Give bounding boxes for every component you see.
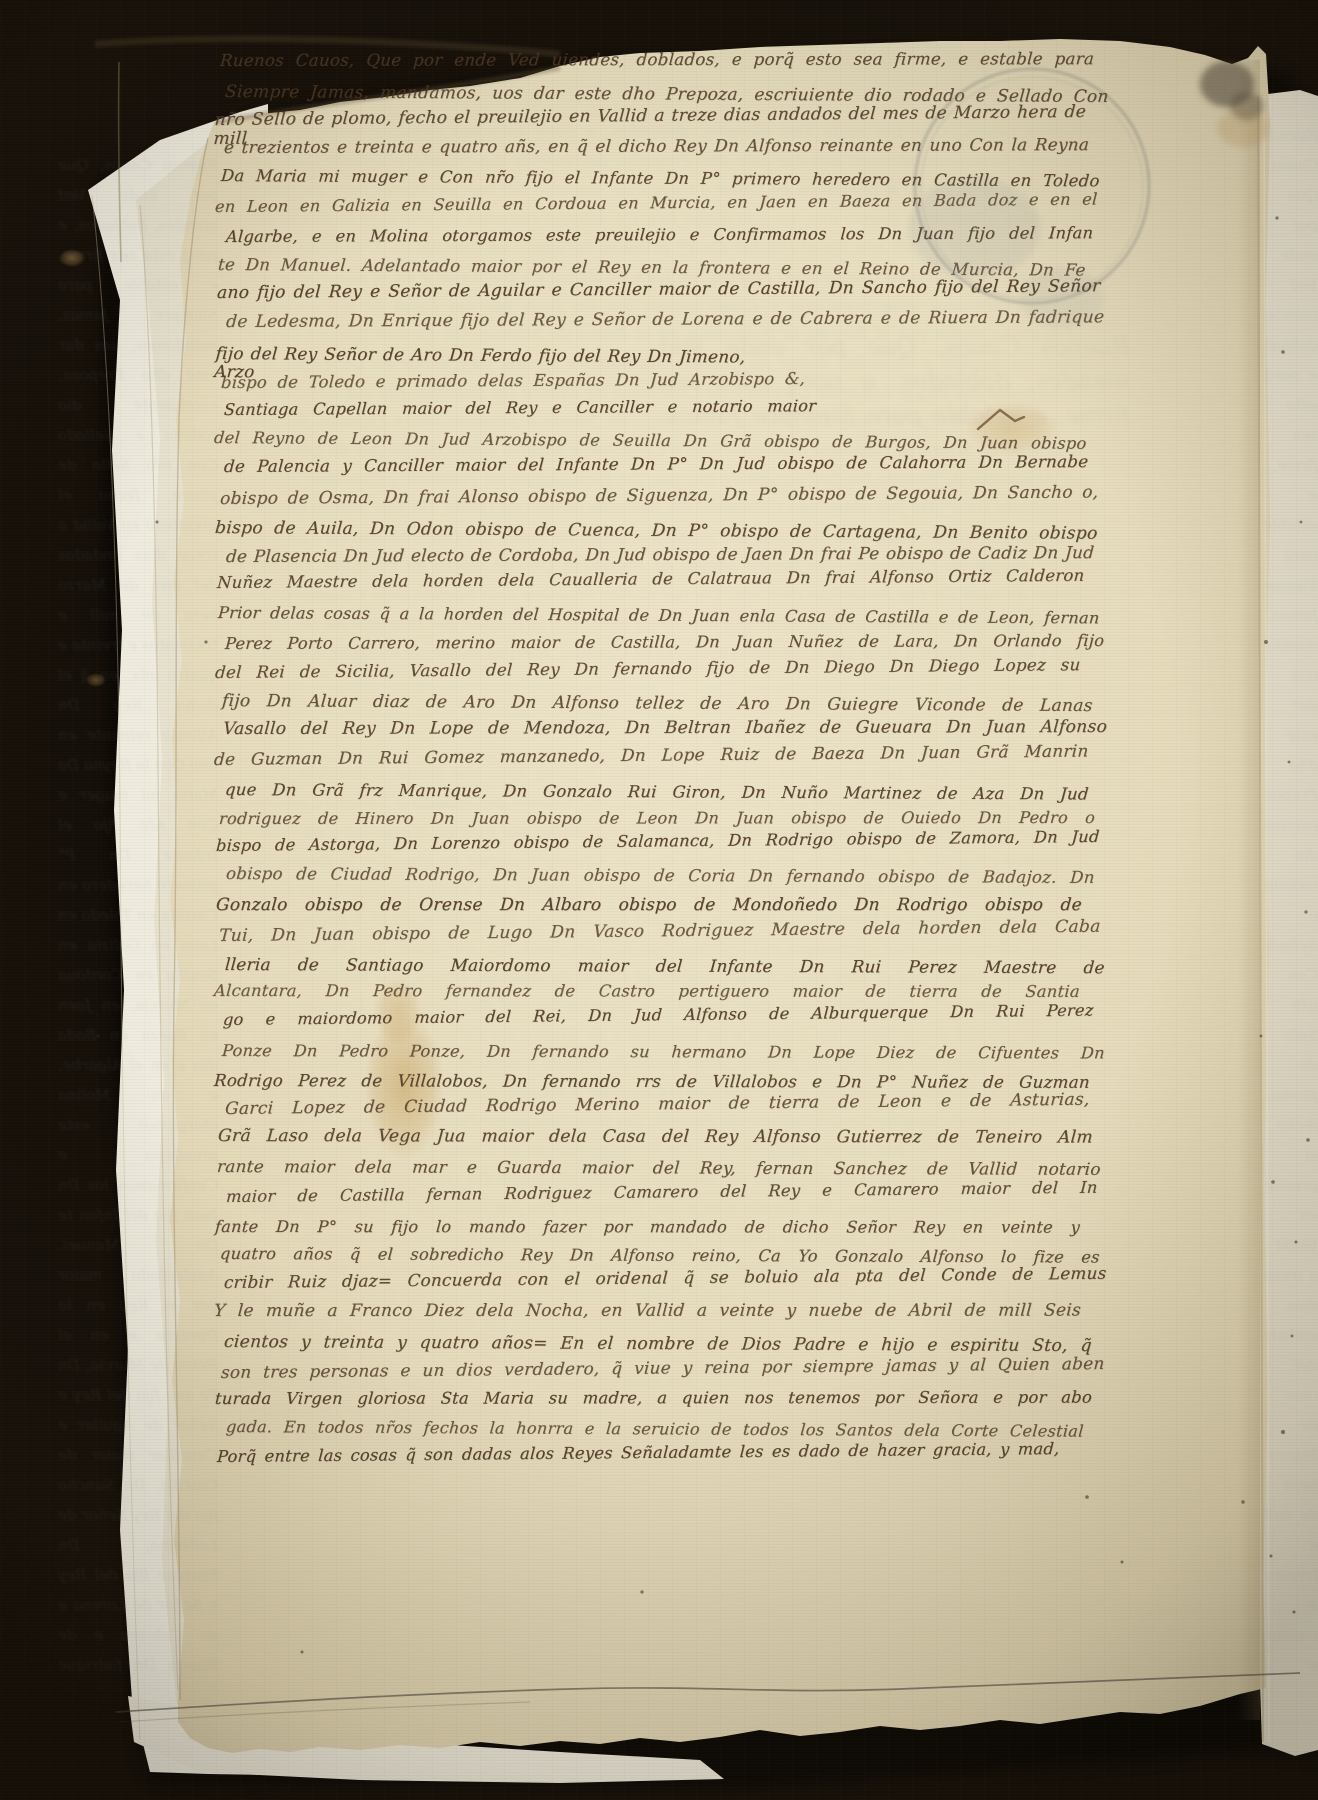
manuscript-line: Alcantara, Dn Pedro fernandez de Castro …: [214, 982, 1081, 1001]
manuscript-line: Nuñez Maestre dela horden dela Caualleri…: [216, 567, 1085, 592]
manuscript-line: lleria de Santiago Maiordomo maior del I…: [224, 955, 1105, 977]
manuscript-line: bispo de Astorga, Dn Lorenzo obispo de S…: [215, 828, 1100, 855]
manuscript-line: Santiaga Capellan maior del Rey e Cancil…: [223, 398, 816, 420]
manuscript-line: fante Dn P° su fijo lo mando fazer por m…: [215, 1218, 1081, 1236]
manuscript-line: gada. En todos nr̃os fechos la honrra e …: [225, 1418, 1084, 1440]
manuscript-line: Rodrigo Perez de Villalobos, Dn fernando…: [214, 1072, 1091, 1092]
manuscript-line: de Ledesma, Dn Enrique fijo del Rey e Se…: [225, 308, 1105, 332]
manuscript-line: cribir Ruiz djaz= Concuerda con el oride…: [224, 1263, 1108, 1291]
manuscript-line: que Dn Grã frz Manrique, Dn Gonzalo Rui …: [224, 781, 1089, 804]
manuscript-line: ano fijo del Rey e Señor de Aguilar e Ca…: [217, 277, 1102, 302]
manuscript-line: cientos y treinta y quatro años= En el n…: [223, 1333, 1092, 1356]
manuscript-line: Prior delas cosas q̃ a la horden del Hos…: [218, 604, 1101, 627]
manuscript-line: Garci Lopez de Ciudad Rodrigo Merino mai…: [225, 1091, 1091, 1119]
manuscript-line: Perez Porto Carrero, merino maior de Cas…: [225, 632, 1105, 653]
manuscript-line: en Leon en Galizia en Seuilla en Cordoua…: [214, 190, 1098, 215]
manuscript-line: rante maior dela mar e Guarda maior del …: [216, 1157, 1101, 1178]
manuscript-line: Algarbe, e en Molina otorgamos este preu…: [225, 224, 1093, 246]
manuscript-line: Y le muñe a Franco Diez dela Nocha, en V…: [213, 1302, 1081, 1321]
manuscript-line: Tui, Dn Juan obispo de Lugo Dn Vasco Rod…: [219, 917, 1102, 945]
manuscript-line: bispo de Toledo e primado delas Españas …: [220, 370, 805, 392]
manuscript-line: del Rei de Sicilia, Vasallo del Rey Dn f…: [214, 657, 1081, 683]
scanned-manuscript-page: Ruenos Cauos, Que por ende Ved uiendes, …: [0, 0, 1318, 1800]
manuscript-line: Gonzalo obispo de Orense Dn Albaro obisp…: [215, 896, 1082, 915]
manuscript-line: obispo de Ciudad Rodrigo, Dn Juan obispo…: [225, 865, 1095, 887]
manuscript-line: turada Virgen gloriosa Sta Maria su madr…: [214, 1389, 1092, 1408]
manuscript-line: son tres personas e un dios verdadero, q…: [220, 1354, 1105, 1381]
manuscript-line: Porq̃ entre las cosas q̃ son dadas alos …: [217, 1440, 1061, 1466]
manuscript-line: e trezientos e treinta e quatro añs, en …: [223, 135, 1089, 156]
manuscript-line: obispo de Osma, Dn frai Alonso obispo de…: [220, 483, 1100, 508]
manuscript-line: rodriguez de Hinero Dn Juan obispo de Le…: [219, 809, 1096, 828]
manuscript-text-block: Ruenos Cauos, Que por ende Ved uiendes, …: [0, 0, 1318, 1800]
manuscript-line: go e maiordomo maior del Rei, Dn Jud Alf…: [222, 1001, 1094, 1028]
manuscript-line: Vasallo del Rey Dn Lope de Mendoza, Dn B…: [222, 718, 1107, 739]
manuscript-line: maior de Castilla fernan Rodriguez Camar…: [225, 1178, 1098, 1205]
manuscript-line: fijo Dn Aluar diaz de Aro Dn Alfonso tel…: [221, 692, 1093, 716]
manuscript-line: de Palencia y Canciller maior del Infant…: [224, 453, 1090, 476]
manuscript-line: de Plasencia Dn Jud electo de Cordoba, D…: [225, 543, 1094, 565]
manuscript-line: Grã Laso dela Vega Jua maior dela Casa d…: [218, 1127, 1094, 1147]
manuscript-line: de Guzman Dn Rui Gomez manzanedo, Dn Lop…: [214, 742, 1090, 769]
manuscript-line: Ponze Dn Pedro Ponze, Dn fernando su her…: [221, 1042, 1105, 1062]
manuscript-line: bispo de Auila, Dn Odon obispo de Cuenca…: [215, 519, 1099, 543]
manuscript-line: del Reyno de Leon Dn Jud Arzobispo de Se…: [213, 429, 1087, 453]
manuscript-line: Ruenos Cauos, Que por ende Ved uiendes, …: [219, 50, 1094, 70]
manuscript-line: Da Maria mi muger e Con nr̃o fijo el Inf…: [221, 167, 1101, 190]
